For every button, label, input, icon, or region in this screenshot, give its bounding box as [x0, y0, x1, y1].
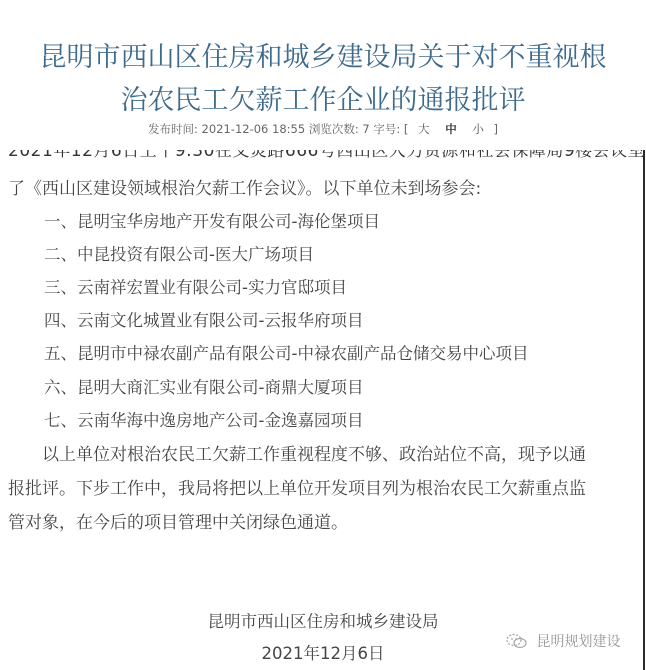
- wechat-icon: [506, 633, 528, 649]
- intro-line-cut: 2021年12月6日上午9:30在文焚路666号西山区人力资源和社会保障局9楼会…: [8, 150, 638, 166]
- list-item: 二、中昆投资有限公司-医大广场项目: [44, 243, 314, 267]
- view-count: 7: [362, 122, 369, 136]
- font-size-medium-link[interactable]: 中: [445, 119, 457, 139]
- article-body: 2021年12月6日上午9:30在文焚路666号西山区人力资源和社会保障局9楼会…: [0, 150, 646, 670]
- list-item: 七、云南华海中逸房地产公司-金逸嘉园项目: [44, 409, 363, 433]
- conclusion-line: 报批评。下步工作中，我局将把以上单位开发项目列为根治农民工欠薪重点监: [8, 474, 638, 504]
- font-size-large-link[interactable]: 大: [418, 119, 430, 139]
- font-size-label: 字号:: [373, 122, 400, 136]
- article-page: 昆明市西山区住房和城乡建设局关于对不重视根 治农民工欠薪工作企业的通报批评 发布…: [0, 0, 646, 670]
- conclusion-line: 管对象，在今后的项目管理中关闭绿色通道。: [8, 508, 638, 538]
- title-line-1: 昆明市西山区住房和城乡建设局关于对不重视根: [0, 36, 646, 79]
- conclusion-line: 以上单位对根治农民工欠薪工作重视程度不够、政治站位不高，现予以通: [8, 440, 638, 470]
- list-item: 六、昆明大商汇实业有限公司-商鼎大厦项目: [44, 376, 363, 400]
- publish-time-label: 发布时间:: [148, 122, 198, 136]
- views-label: 浏览次数:: [309, 122, 359, 136]
- title-line-2: 治农民工欠薪工作企业的通报批评: [0, 79, 646, 122]
- publish-time: 2021-12-06 18:55: [202, 122, 306, 136]
- list-item: 一、昆明宝华房地产开发有限公司-海伦堡项目: [44, 210, 380, 234]
- intro-line: 了《西山区建设领域根治欠薪工作会议》。以下单位未到场参会:: [8, 174, 638, 204]
- list-item: 五、昆明市中禄农副产品有限公司-中禄农副产品仓储交易中心项目: [44, 342, 528, 366]
- page-edge-divider: [643, 150, 645, 670]
- bracket-open: [: [404, 122, 409, 136]
- signature-org: 昆明市西山区住房和城乡建设局: [0, 610, 646, 634]
- article-title: 昆明市西山区住房和城乡建设局关于对不重视根 治农民工欠薪工作企业的通报批评: [0, 36, 646, 122]
- font-size-small-link[interactable]: 小: [472, 119, 484, 139]
- list-item: 三、云南祥宏置业有限公司-实力官邸项目: [44, 276, 347, 300]
- watermark: 昆明规划建设: [506, 632, 620, 652]
- list-item: 四、云南文化城置业有限公司-云报华府项目: [44, 309, 363, 333]
- watermark-text: 昆明规划建设: [536, 634, 620, 650]
- article-meta: 发布时间: 2021-12-06 18:55 浏览次数: 7 字号: [ 大 中…: [0, 119, 646, 139]
- bracket-close: ]: [494, 122, 499, 136]
